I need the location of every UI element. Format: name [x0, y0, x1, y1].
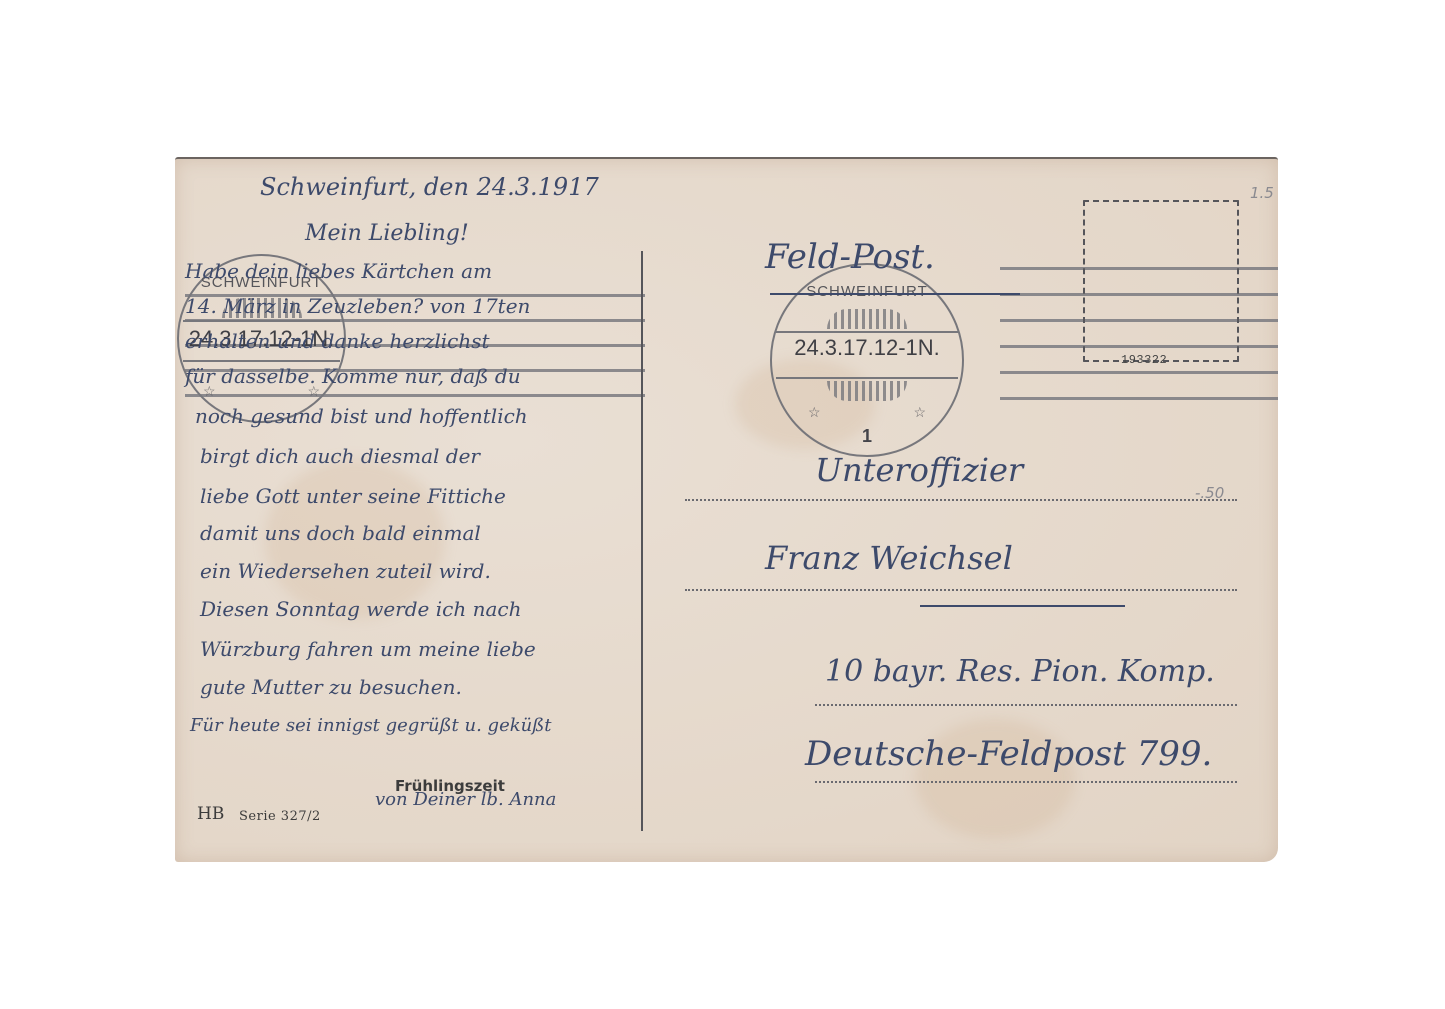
message-line: erhalten und danke herzlichst	[185, 329, 490, 353]
pencil-price: -.50	[1195, 484, 1224, 502]
series-number: Serie 327/2	[239, 809, 321, 824]
message-line: 14. März in Zeuzleben? von 17ten	[185, 294, 530, 318]
center-divider	[641, 251, 643, 831]
card-caption: Frühlingszeit	[395, 777, 505, 795]
message-line: Für heute sei innigst gegrüßt u. geküßt	[190, 715, 551, 736]
stamp-box	[1083, 200, 1239, 362]
message-line: Würzburg fahren um meine liebe	[200, 637, 536, 661]
feldpost-underline	[770, 293, 1020, 295]
message-salutation: Mein Liebling!	[305, 221, 469, 246]
postmark-number: 1	[772, 426, 962, 447]
star-icon: ☆	[913, 405, 926, 421]
postmark-date: 24.3.17.12-1N.	[772, 335, 962, 361]
message-date-line: Schweinfurt, den 24.3.1917	[260, 173, 599, 201]
address-name: Franz Weichsel	[765, 539, 1013, 577]
message-line: birgt dich auch diesmal der	[200, 444, 480, 468]
address-line	[815, 781, 1237, 783]
address-feldpost: Deutsche-Feldpost 799.	[805, 734, 1212, 774]
postcard: SCHWEINFURT 24.3.17.12-1N. ☆ ☆ SCHWEINFU…	[175, 157, 1278, 862]
pencil-note: 1.5	[1250, 184, 1274, 202]
address-line	[685, 499, 1237, 501]
message-line: Diesen Sonntag werde ich nach	[200, 597, 521, 621]
message-line: Habe dein liebes Kärtchen am	[185, 259, 492, 283]
message-line: noch gesund bist und hoffentlich	[195, 404, 528, 428]
message-line: gute Mutter zu besuchen.	[200, 675, 462, 699]
message-line: liebe Gott unter seine Fittiche	[200, 484, 506, 508]
name-underline	[920, 605, 1125, 607]
address-rank: Unteroffizier	[815, 451, 1023, 489]
postmark-comb	[827, 309, 907, 329]
message-line: ein Wiedersehen zuteil wird.	[200, 559, 491, 583]
star-icon: ☆	[808, 405, 821, 421]
message-line: für dasselbe. Komme nur, daß du	[185, 364, 521, 388]
address-unit: 10 bayr. Res. Pion. Komp.	[825, 654, 1215, 689]
address-line	[685, 589, 1237, 591]
stamp-box-number: 193322	[1121, 353, 1167, 367]
address-line	[815, 704, 1237, 706]
message-line: damit uns doch bald einmal	[200, 521, 481, 545]
publisher-logo: HB	[197, 804, 224, 824]
feldpost-note: Feld-Post.	[765, 237, 935, 277]
postmark-city: SCHWEINFURT	[772, 283, 962, 300]
